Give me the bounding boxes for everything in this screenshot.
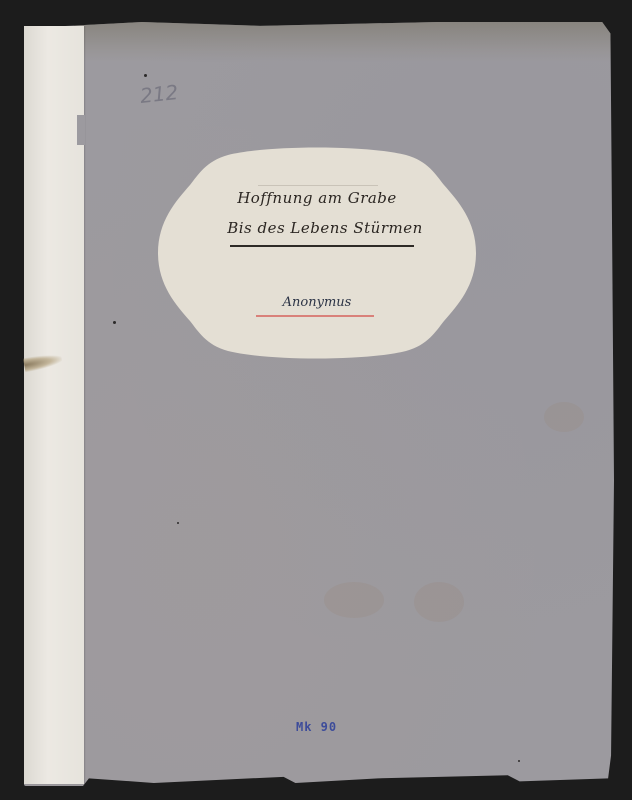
ink-speck xyxy=(113,321,116,324)
spine-tear-notch xyxy=(77,115,85,145)
ink-speck xyxy=(144,74,147,77)
scanned-page: 212 Hoffnung am Grabe Bis des Lebens Stü… xyxy=(0,0,632,800)
title-underline xyxy=(230,245,414,247)
ruled-guide-line xyxy=(258,185,378,186)
title-line-2: Bis des Lebens Stürmen xyxy=(166,219,484,237)
author-name: Anonymus xyxy=(158,295,476,310)
shelfmark-stamp: Mk 90 xyxy=(296,720,337,734)
author-red-underline xyxy=(256,315,374,317)
stain-spot xyxy=(544,402,584,432)
water-stain xyxy=(74,22,614,62)
pencil-number: 212 xyxy=(139,80,179,108)
ink-speck xyxy=(518,760,520,762)
stain-spot xyxy=(414,582,464,622)
ink-speck xyxy=(177,522,179,524)
cover-board xyxy=(24,22,614,786)
spine-paper-strip xyxy=(24,26,84,784)
title-label-cartouche: Hoffnung am Grabe Bis des Lebens Stürmen… xyxy=(158,147,476,359)
title-line-1: Hoffnung am Grabe xyxy=(158,189,476,207)
stain-spot xyxy=(324,582,384,618)
